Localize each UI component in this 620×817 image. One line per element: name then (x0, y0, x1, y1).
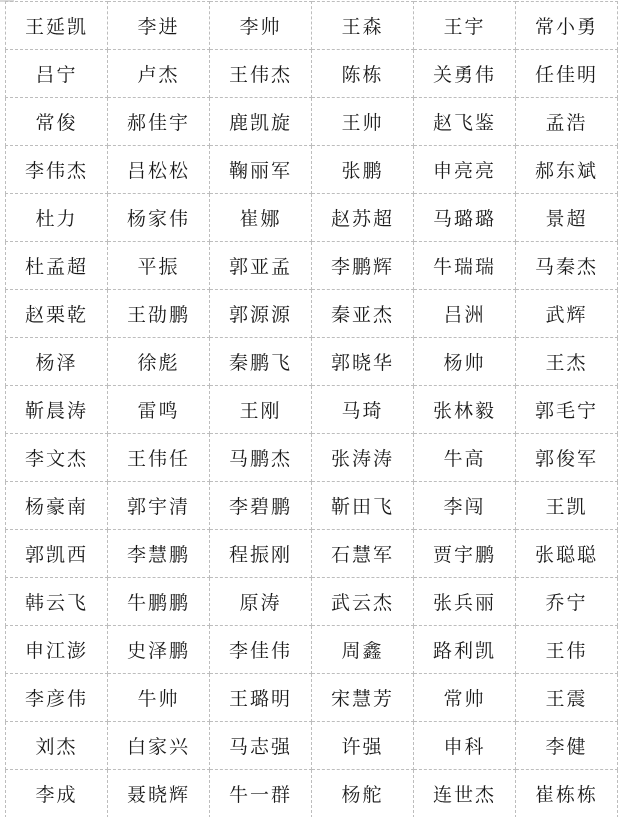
name-cell: 王伟任 (108, 434, 210, 482)
name-cell: 常帅 (414, 674, 516, 722)
name-cell: 鹿凯旋 (210, 98, 312, 146)
name-cell: 吕宁 (6, 50, 108, 98)
name-cell: 李成 (6, 770, 108, 817)
name-cell: 武辉 (516, 290, 618, 338)
name-cell: 乔宁 (516, 578, 618, 626)
name-cell: 徐彪 (108, 338, 210, 386)
name-cell: 卢杰 (108, 50, 210, 98)
name-cell: 秦亚杰 (312, 290, 414, 338)
table-row: 王延凯李进李帅王森王宇常小勇 (6, 2, 618, 50)
name-cell: 郭亚孟 (210, 242, 312, 290)
name-cell: 申科 (414, 722, 516, 770)
name-cell: 贾宇鹏 (414, 530, 516, 578)
name-cell: 牛鹏鹏 (108, 578, 210, 626)
name-cell: 郝东斌 (516, 146, 618, 194)
name-cell: 王璐明 (210, 674, 312, 722)
name-cell: 武云杰 (312, 578, 414, 626)
name-cell: 张涛涛 (312, 434, 414, 482)
name-cell: 崔栋栋 (516, 770, 618, 817)
name-cell: 李进 (108, 2, 210, 50)
table-row: 李文杰王伟任马鹏杰张涛涛牛高郭俊军 (6, 434, 618, 482)
name-cell: 王震 (516, 674, 618, 722)
name-cell: 常小勇 (516, 2, 618, 50)
name-cell: 靳田飞 (312, 482, 414, 530)
table-row: 郭凯西李慧鹏程振刚石慧军贾宇鹏张聪聪 (6, 530, 618, 578)
name-cell: 马琦 (312, 386, 414, 434)
name-cell: 杨帅 (414, 338, 516, 386)
name-table-body: 王延凯李进李帅王森王宇常小勇吕宁卢杰王伟杰陈栋关勇伟任佳明常俊郝佳宇鹿凯旋王帅赵… (6, 2, 618, 817)
name-cell: 李健 (516, 722, 618, 770)
name-list-sheet: 王延凯李进李帅王森王宇常小勇吕宁卢杰王伟杰陈栋关勇伟任佳明常俊郝佳宇鹿凯旋王帅赵… (5, 1, 618, 817)
table-row: 杨豪南郭宇清李碧鹏靳田飞李闯王凯 (6, 482, 618, 530)
table-row: 赵栗乾王劭鹏郭源源秦亚杰吕洲武辉 (6, 290, 618, 338)
name-cell: 史泽鹏 (108, 626, 210, 674)
name-cell: 刘杰 (6, 722, 108, 770)
name-cell: 杨舵 (312, 770, 414, 817)
name-cell: 郭俊军 (516, 434, 618, 482)
name-cell: 郭晓华 (312, 338, 414, 386)
name-cell: 李文杰 (6, 434, 108, 482)
name-cell: 王帅 (312, 98, 414, 146)
name-cell: 程振刚 (210, 530, 312, 578)
name-cell: 申江澎 (6, 626, 108, 674)
name-cell: 李伟杰 (6, 146, 108, 194)
name-cell: 马志强 (210, 722, 312, 770)
name-cell: 韩云飞 (6, 578, 108, 626)
name-cell: 连世杰 (414, 770, 516, 817)
name-cell: 靳晨涛 (6, 386, 108, 434)
table-row: 杜力杨家伟崔娜赵苏超马璐璐景超 (6, 194, 618, 242)
name-cell: 王伟杰 (210, 50, 312, 98)
name-cell: 马璐璐 (414, 194, 516, 242)
name-cell: 郭宇清 (108, 482, 210, 530)
name-cell: 马鹏杰 (210, 434, 312, 482)
name-cell: 关勇伟 (414, 50, 516, 98)
name-cell: 雷鸣 (108, 386, 210, 434)
name-cell: 杨豪南 (6, 482, 108, 530)
name-cell: 李碧鹏 (210, 482, 312, 530)
name-cell: 王刚 (210, 386, 312, 434)
name-cell: 任佳明 (516, 50, 618, 98)
table-row: 刘杰白家兴马志强许强申科李健 (6, 722, 618, 770)
name-cell: 李慧鹏 (108, 530, 210, 578)
table-row: 吕宁卢杰王伟杰陈栋关勇伟任佳明 (6, 50, 618, 98)
name-cell: 王凯 (516, 482, 618, 530)
name-cell: 李彦伟 (6, 674, 108, 722)
name-cell: 陈栋 (312, 50, 414, 98)
name-cell: 杜力 (6, 194, 108, 242)
name-cell: 吕洲 (414, 290, 516, 338)
name-cell: 聂晓辉 (108, 770, 210, 817)
name-cell: 王劭鹏 (108, 290, 210, 338)
name-cell: 王森 (312, 2, 414, 50)
table-row: 申江澎史泽鹏李佳伟周鑫路利凯王伟 (6, 626, 618, 674)
name-cell: 牛一群 (210, 770, 312, 817)
name-cell: 郭凯西 (6, 530, 108, 578)
name-cell: 申亮亮 (414, 146, 516, 194)
name-cell: 张聪聪 (516, 530, 618, 578)
name-table: 王延凯李进李帅王森王宇常小勇吕宁卢杰王伟杰陈栋关勇伟任佳明常俊郝佳宇鹿凯旋王帅赵… (5, 1, 618, 817)
name-cell: 王延凯 (6, 2, 108, 50)
name-cell: 杨泽 (6, 338, 108, 386)
name-cell: 张鹏 (312, 146, 414, 194)
name-cell: 赵苏超 (312, 194, 414, 242)
name-cell: 李帅 (210, 2, 312, 50)
name-cell: 秦鹏飞 (210, 338, 312, 386)
name-cell: 牛帅 (108, 674, 210, 722)
name-cell: 王伟 (516, 626, 618, 674)
name-cell: 崔娜 (210, 194, 312, 242)
name-cell: 周鑫 (312, 626, 414, 674)
table-row: 杨泽徐彪秦鹏飞郭晓华杨帅王杰 (6, 338, 618, 386)
name-cell: 原涛 (210, 578, 312, 626)
name-cell: 李佳伟 (210, 626, 312, 674)
name-cell: 郭源源 (210, 290, 312, 338)
table-row: 常俊郝佳宇鹿凯旋王帅赵飞鉴孟浩 (6, 98, 618, 146)
name-cell: 李鹏辉 (312, 242, 414, 290)
name-cell: 鞠丽军 (210, 146, 312, 194)
name-cell: 王宇 (414, 2, 516, 50)
name-cell: 杨家伟 (108, 194, 210, 242)
name-cell: 宋慧芳 (312, 674, 414, 722)
table-row: 韩云飞牛鹏鹏原涛武云杰张兵丽乔宁 (6, 578, 618, 626)
name-cell: 王杰 (516, 338, 618, 386)
name-cell: 马秦杰 (516, 242, 618, 290)
table-row: 李彦伟牛帅王璐明宋慧芳常帅王震 (6, 674, 618, 722)
name-cell: 常俊 (6, 98, 108, 146)
name-cell: 牛高 (414, 434, 516, 482)
name-cell: 石慧军 (312, 530, 414, 578)
name-cell: 许强 (312, 722, 414, 770)
name-cell: 牛瑞瑞 (414, 242, 516, 290)
table-row: 李成聂晓辉牛一群杨舵连世杰崔栋栋 (6, 770, 618, 817)
name-cell: 赵栗乾 (6, 290, 108, 338)
name-cell: 杜孟超 (6, 242, 108, 290)
name-cell: 白家兴 (108, 722, 210, 770)
name-cell: 张兵丽 (414, 578, 516, 626)
name-cell: 吕松松 (108, 146, 210, 194)
name-cell: 郭毛宁 (516, 386, 618, 434)
name-cell: 张林毅 (414, 386, 516, 434)
table-row: 靳晨涛雷鸣王刚马琦张林毅郭毛宁 (6, 386, 618, 434)
name-cell: 李闯 (414, 482, 516, 530)
name-cell: 赵飞鉴 (414, 98, 516, 146)
name-cell: 景超 (516, 194, 618, 242)
table-row: 李伟杰吕松松鞠丽军张鹏申亮亮郝东斌 (6, 146, 618, 194)
name-cell: 郝佳宇 (108, 98, 210, 146)
name-cell: 孟浩 (516, 98, 618, 146)
name-cell: 路利凯 (414, 626, 516, 674)
table-row: 杜孟超平振郭亚孟李鹏辉牛瑞瑞马秦杰 (6, 242, 618, 290)
name-cell: 平振 (108, 242, 210, 290)
